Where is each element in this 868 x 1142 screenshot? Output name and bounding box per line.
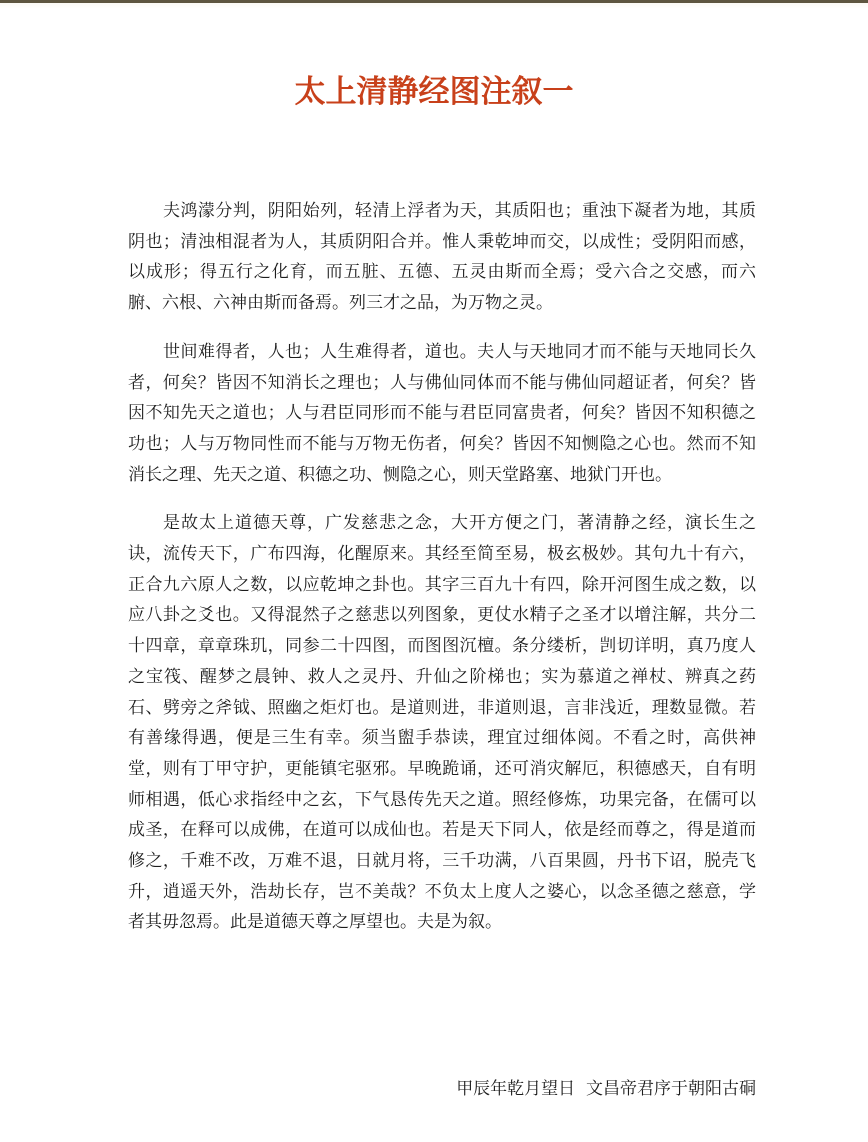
top-border-shadow	[0, 3, 868, 9]
document-signature: 甲辰年乾月望日 文昌帝君序于朝阳古硐	[456, 1076, 756, 1102]
paragraph-1: 夫鸿濛分判，阴阳始列，轻清上浮者为天，其质阳也；重浊下凝者为地，其质阴也；清浊相…	[128, 196, 756, 319]
paragraph-2: 世间难得者，人也；人生难得者，道也。夫人与天地同才而不能与天地同长久者，何矣？皆…	[128, 337, 756, 491]
paragraph-3: 是故太上道德天尊，广发慈悲之念，大开方便之门，著清静之经，演长生之诀，流传天下，…	[128, 508, 756, 938]
document-body: 夫鸿濛分判，阴阳始列，轻清上浮者为天，其质阳也；重浊下凝者为地，其质阴也；清浊相…	[128, 196, 756, 956]
document-title: 太上清静经图注叙一	[0, 72, 868, 112]
